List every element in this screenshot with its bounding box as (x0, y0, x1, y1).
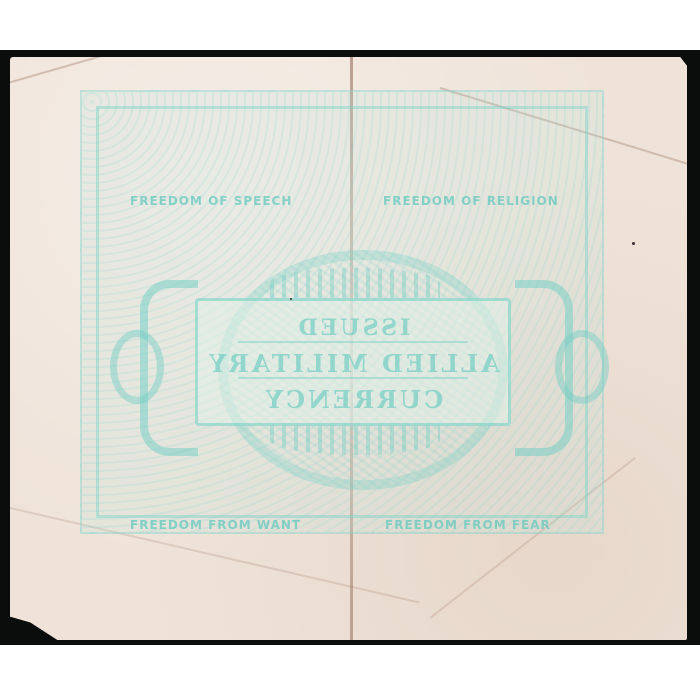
fold-crease (10, 57, 240, 88)
ink-speck (290, 298, 292, 300)
left-scroll-ornament (110, 330, 164, 404)
fan-ornament-top (270, 268, 440, 298)
tablet-rule (238, 341, 468, 343)
freedom-of-religion-text: FREEDOM OF RELIGION (383, 194, 559, 208)
showthrough-text-line1: ISSUED (198, 315, 508, 341)
fan-ornament-bottom (270, 425, 440, 455)
ink-speck (632, 242, 635, 245)
showthrough-text-line3: CURRENCY (198, 385, 508, 414)
right-scroll-ornament (555, 330, 609, 404)
showthrough-text-line2: ALLIED MILITARY (198, 349, 508, 378)
center-tablet: ISSUED ALLIED MILITARY CURRENCY (195, 298, 511, 426)
freedom-of-speech-text: FREEDOM OF SPEECH (130, 194, 292, 208)
freedom-from-want-text: FREEDOM FROM WANT (130, 518, 301, 532)
freedom-from-fear-text: FREEDOM FROM FEAR (385, 518, 551, 532)
